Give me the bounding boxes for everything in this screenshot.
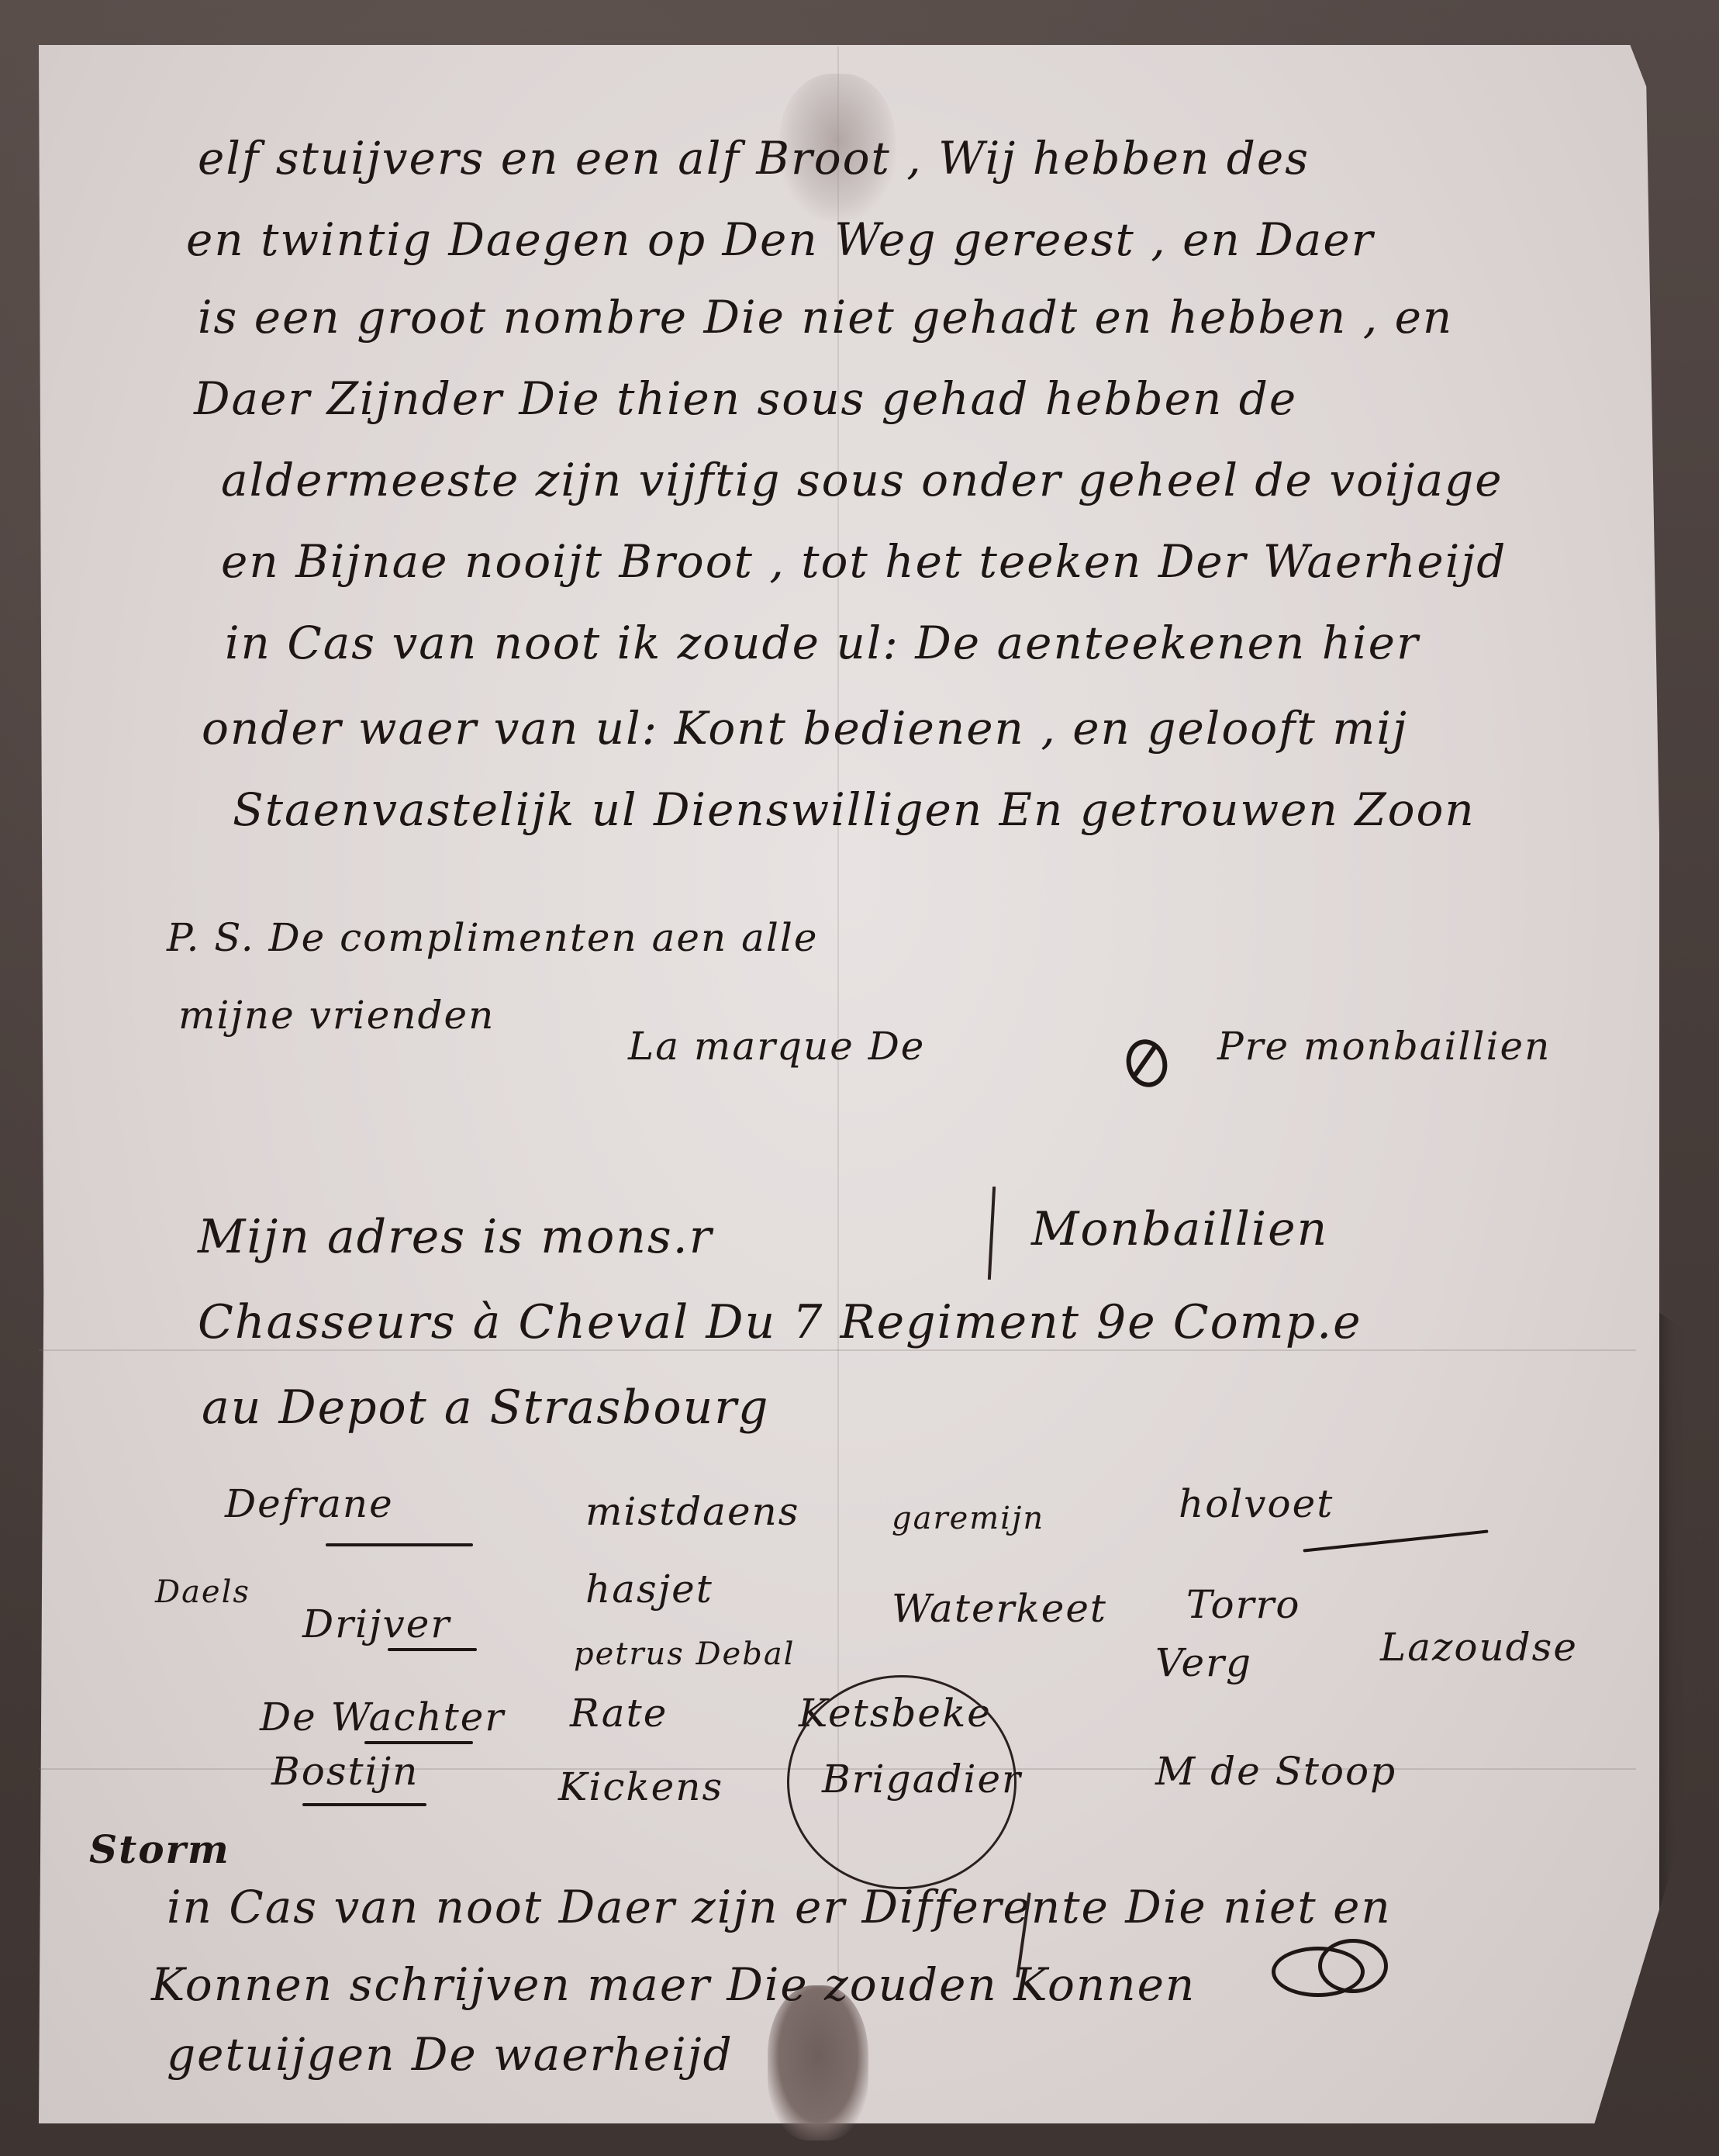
witness-signature: Lazoudse [1380, 1625, 1578, 1670]
body-line: en twintig Daegen op Den Weg gereest , e… [186, 213, 1374, 266]
witness-signature: Torro [1186, 1582, 1300, 1627]
postscript-line: mijne vrienden [178, 993, 495, 1038]
witness-signature: holvoet [1179, 1481, 1334, 1526]
postscript-line: P. S. De complimenten aen alle [167, 915, 819, 960]
witness-signature: De Wachter [260, 1695, 505, 1740]
witness-signature: hasjet [585, 1567, 713, 1612]
body-line: in Cas van noot ik zoude ul: De aenteeke… [225, 617, 1420, 669]
signature-underline [364, 1741, 473, 1744]
body-line: elf stuijvers en een alf Broot , Wij heb… [198, 132, 1310, 185]
address-line: au Depot a Strasbourg [202, 1380, 769, 1435]
address-line: Mijn adres is mons.r [198, 1210, 713, 1264]
witness-signature: Verg [1155, 1640, 1252, 1685]
address-name: Monbaillien [1031, 1202, 1328, 1256]
witness-signature: Daels [155, 1574, 250, 1610]
closing-line: in Cas van noot Daer zijn er Differente … [167, 1881, 1392, 1933]
body-line: en Bijnae nooijt Broot , tot het teeken … [221, 535, 1507, 588]
witness-signature: Drijver [302, 1601, 450, 1646]
signature-underline [388, 1648, 477, 1651]
witness-signature: Waterkeet [892, 1586, 1107, 1631]
ink-scribble [1318, 1939, 1388, 1993]
witness-signature: mistdaens [585, 1489, 799, 1534]
address-line: Chasseurs à Cheval Du 7 Regiment 9e Comp… [198, 1295, 1362, 1349]
body-line: aldermeeste zijn vijftig sous onder gehe… [221, 454, 1503, 506]
witness-signature: garemijn [892, 1501, 1044, 1536]
witness-signature: M de Stoop [1155, 1749, 1396, 1794]
signature-underline [326, 1543, 473, 1546]
witness-signature: Defrane [225, 1481, 394, 1526]
body-line: is een groot nombre Die niet gehadt en h… [198, 291, 1453, 344]
body-line: onder waer van ul: Kont bedienen , en ge… [202, 702, 1408, 755]
body-line: Daer Zijnder Die thien sous gehad hebben… [194, 372, 1297, 425]
mark-label: La marque De [628, 1024, 925, 1069]
closing-line: getuijgen De waerheijd [167, 2028, 734, 2081]
witness-signature: Storm [89, 1826, 230, 1872]
witness-signature: Brigadier [822, 1757, 1022, 1802]
signature-underline [302, 1803, 426, 1806]
witness-signature: Rate [570, 1691, 668, 1736]
body-line: Staenvastelijk ul Dienswilligen En getro… [233, 783, 1476, 836]
witness-signature: Kickens [558, 1764, 723, 1809]
closing-line: Konnen schrijven maer Die zouden Konnen [151, 1958, 1196, 2011]
witness-signature: Bostijn [271, 1749, 419, 1794]
witness-signature: petrus Debal [574, 1636, 795, 1672]
signer-name: Pre monbaillien [1217, 1024, 1551, 1069]
